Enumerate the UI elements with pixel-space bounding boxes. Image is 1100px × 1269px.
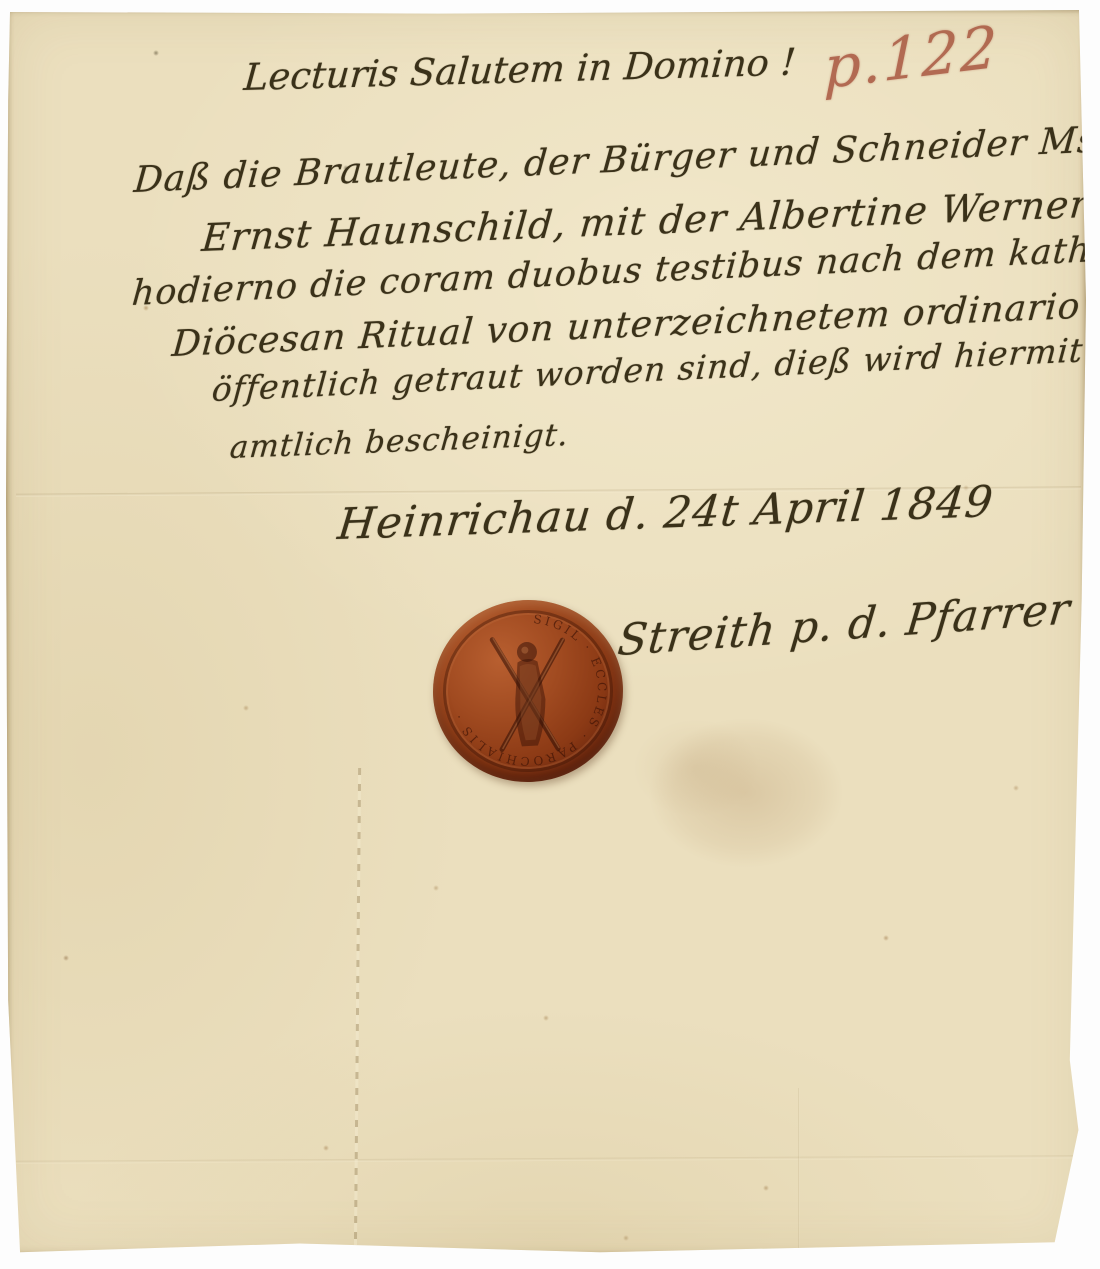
seal-emblem: SIGIL · ECCLES · PAROCHIALIS · [428,595,627,787]
salutation-line: Lecturis Salutem in Domino ! [242,41,797,100]
manuscript-paper: Lecturis Salutem in Domino ! p.122 Daß d… [6,8,1086,1256]
horizontal-fold-crease-lower [16,1155,1081,1164]
signature: Streith p. d. Pfarrer [615,584,1073,666]
vertical-fold-crease [354,768,361,1254]
dateline: Heinrichau d. 24t April 1849 [335,477,996,550]
body-line-6: amtlich bescheinigt. [228,417,570,466]
page-marker-red: p.122 [823,12,999,102]
wax-seal: SIGIL · ECCLES · PAROCHIALIS · [428,595,627,787]
seal-saint-figure [512,641,548,746]
vertical-fold-crease-right [798,1088,800,1264]
scanned-document-page: { "page": { "background_color": "#fdfdfd… [0,0,1100,1269]
